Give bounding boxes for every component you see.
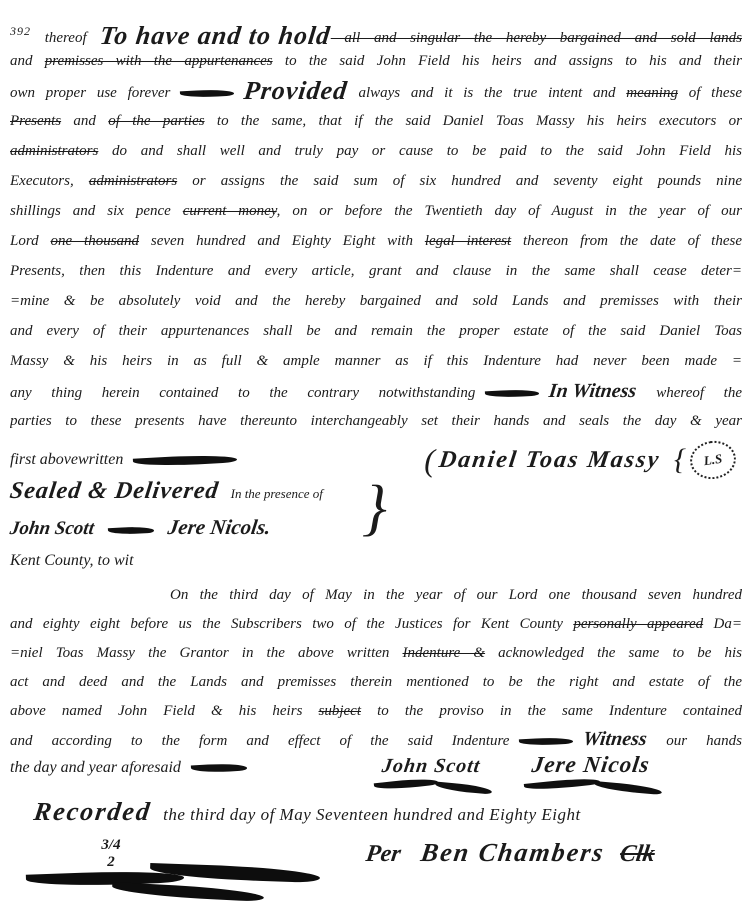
text-segment: subject <box>319 703 362 719</box>
pen-flourish <box>594 781 663 795</box>
text-segment: of these <box>678 85 742 101</box>
text-segment: and <box>10 53 45 69</box>
text-segment: =mine & be absolutely void and the hereb… <box>10 293 742 309</box>
recorded-text: the third day of May Seventeen hundred a… <box>163 805 581 824</box>
document-line: parties to these presents have thereunto… <box>10 406 742 436</box>
seal-initials: L.S <box>688 438 739 482</box>
text-segment: our hands <box>647 733 742 749</box>
text-segment: to the same, that if the said Daniel Toa… <box>205 113 742 129</box>
clerk-title: Clk <box>618 841 656 868</box>
attestation-block: Sealed & Delivered In the presence of Jo… <box>10 474 440 546</box>
document-line: any thing herein contained to the contra… <box>10 376 742 406</box>
pen-flourish <box>435 782 493 795</box>
text-segment: premisses with the appurtenances <box>45 53 273 69</box>
document-line: Executors, administrators or assigns the… <box>10 166 742 196</box>
text-segment: meaning <box>626 85 678 101</box>
seal-brace: { <box>674 443 686 477</box>
pen-flourish <box>108 526 154 535</box>
justice-signature: John Scott <box>382 755 480 778</box>
closing-text: the day and year aforesaid <box>10 759 181 777</box>
text-segment: Da= <box>703 616 742 632</box>
justice-signature-text: Jere Nicols <box>531 752 652 778</box>
closing-text: first abovewritten <box>10 451 123 469</box>
clerk-signature-line: Per Ben Chambers Clk <box>366 838 655 868</box>
text-segment: and every of their appurtenances shall b… <box>10 323 742 339</box>
pen-flourish <box>374 777 438 792</box>
text-segment: Provided <box>243 76 350 106</box>
pen-flourish <box>191 763 247 774</box>
habendum-proviso-clause: 392 thereof To have and to hold all and … <box>10 16 742 436</box>
text-segment: and <box>61 113 108 129</box>
document-line: and every of their appurtenances shall b… <box>10 316 742 346</box>
document-line: 392 thereof To have and to hold all and … <box>10 16 742 46</box>
deed-record-page: 392 thereof To have and to hold all and … <box>0 0 750 901</box>
text-segment: administrators <box>10 143 98 159</box>
text-segment: own proper use forever <box>10 85 170 101</box>
text-segment: acknowledged the same to be his <box>485 645 742 661</box>
witness-signature: John Scott <box>7 510 96 548</box>
pen-flourish <box>133 453 237 467</box>
document-line: =mine & be absolutely void and the hereb… <box>10 286 742 316</box>
text-segment: one thousand <box>51 233 140 249</box>
text-segment: Executors, <box>10 173 89 189</box>
recording-line: Recordedthe third day of May Seventeen h… <box>34 797 710 827</box>
text-segment: , on or before the Twentieth day of Augu… <box>277 203 742 219</box>
text-segment: current money <box>183 203 277 219</box>
indent-spacer <box>10 598 170 599</box>
justice-signature: Jere Nicols <box>532 752 650 778</box>
signature-paren: ( <box>424 442 435 479</box>
text-segment: Indenture & <box>403 645 486 661</box>
clerk-fee-marks: 3/4 2 <box>96 838 126 870</box>
witness-brace: } <box>362 474 387 542</box>
text-segment: Massy & his heirs in as full & ample man… <box>10 353 742 369</box>
document-line: and premisses with the appurtenances to … <box>10 46 742 76</box>
document-line: =niel Toas Massy the Grantor in the abov… <box>10 638 742 667</box>
text-segment: Presents, then this Indenture and every … <box>10 263 742 279</box>
text-segment: On the third day of May in the year of o… <box>170 587 742 603</box>
text-segment: above named John Field & his heirs <box>10 703 319 719</box>
text-segment: personally appeared <box>573 616 703 632</box>
text-segment: =niel Toas Massy the Grantor in the abov… <box>10 645 403 661</box>
text-segment: and eighty eight before us the Subscribe… <box>10 616 573 632</box>
document-line: Lord one thousand seven hundred and Eigh… <box>10 226 742 256</box>
pen-flourish <box>485 388 539 398</box>
text-segment: Witness <box>582 725 649 754</box>
page-number: 392 <box>10 24 31 38</box>
text-segment: all and singular the hereby bargained an… <box>331 30 742 46</box>
text-segment: Lord <box>10 233 51 249</box>
document-line: and according to the form and effect of … <box>10 725 742 754</box>
document-line: and eighty eight before us the Subscribe… <box>10 609 742 638</box>
fee-mark-top: 3/4 <box>101 837 120 853</box>
text-segment: whereof the <box>637 385 742 401</box>
clerk-prefix: Per <box>364 841 402 868</box>
text-segment: parties to these presents have thereunto… <box>10 413 742 429</box>
text-segment: act and deed and the Lands and premisses… <box>10 674 742 690</box>
ink-blot <box>112 882 264 901</box>
clerk-signature: Ben Chambers <box>419 838 607 868</box>
text-segment: or assigns the said sum of six hundred a… <box>177 173 742 189</box>
document-line: Massy & his heirs in as full & ample man… <box>10 346 742 376</box>
text-segment: any thing herein contained to the contra… <box>10 385 475 401</box>
document-line: Presents, then this Indenture and every … <box>10 256 742 286</box>
text-segment: do and shall well and truly pay or cause… <box>98 143 742 159</box>
document-line: administrators do and shall well and tru… <box>10 136 742 166</box>
document-line: shillings and six pence current money, o… <box>10 196 742 226</box>
text-segment: Presents <box>10 113 61 129</box>
pen-flourish <box>524 776 601 792</box>
document-line: above named John Field & his heirs subje… <box>10 696 742 725</box>
county-caption: Kent County, to wit <box>10 552 134 570</box>
pen-flourish <box>180 88 234 98</box>
text-segment: of the parties <box>108 113 204 129</box>
text-segment: seven hundred and Eighty Eight with <box>139 233 425 249</box>
text-segment: legal interest <box>425 233 511 249</box>
fee-mark-bottom: 2 <box>96 855 126 870</box>
attestation-subheading: In the presence of <box>231 486 323 501</box>
text-segment: administrators <box>89 173 177 189</box>
text-segment: To have and to hold <box>98 21 332 46</box>
grantor-signature: Daniel Toas Massy <box>437 447 662 474</box>
text-segment: to the proviso in the same Indenture con… <box>361 703 742 719</box>
document-line: own proper use foreverProvided always an… <box>10 76 742 106</box>
attestation-heading: Sealed & Delivered <box>8 474 221 508</box>
document-line: act and deed and the Lands and premisses… <box>10 667 742 696</box>
text-segment: to the said John Field his heirs and ass… <box>273 53 742 69</box>
wax-seal: { L.S <box>674 441 736 479</box>
acknowledgment-clause: On the third day of May in the year of o… <box>10 580 742 754</box>
justices-signature-line: the day and year aforesaid John Scott Je… <box>10 752 650 778</box>
document-line: On the third day of May in the year of o… <box>10 580 742 609</box>
text-segment: and according to the form and effect of … <box>10 733 509 749</box>
text-segment: thereof <box>31 30 100 46</box>
text-segment: In Witness <box>547 376 638 406</box>
pen-flourish <box>519 736 573 746</box>
witness-signature: Jere Nicols. <box>165 508 273 546</box>
text-segment: thereon from the date of these <box>511 233 742 249</box>
justice-signature-text: John Scott <box>380 755 482 778</box>
text-segment: shillings and six pence <box>10 203 183 219</box>
recorded-heading: Recorded <box>32 797 153 827</box>
document-line: Presents and of the parties to the same,… <box>10 106 742 136</box>
text-segment: always and it is the true intent and <box>348 85 627 101</box>
